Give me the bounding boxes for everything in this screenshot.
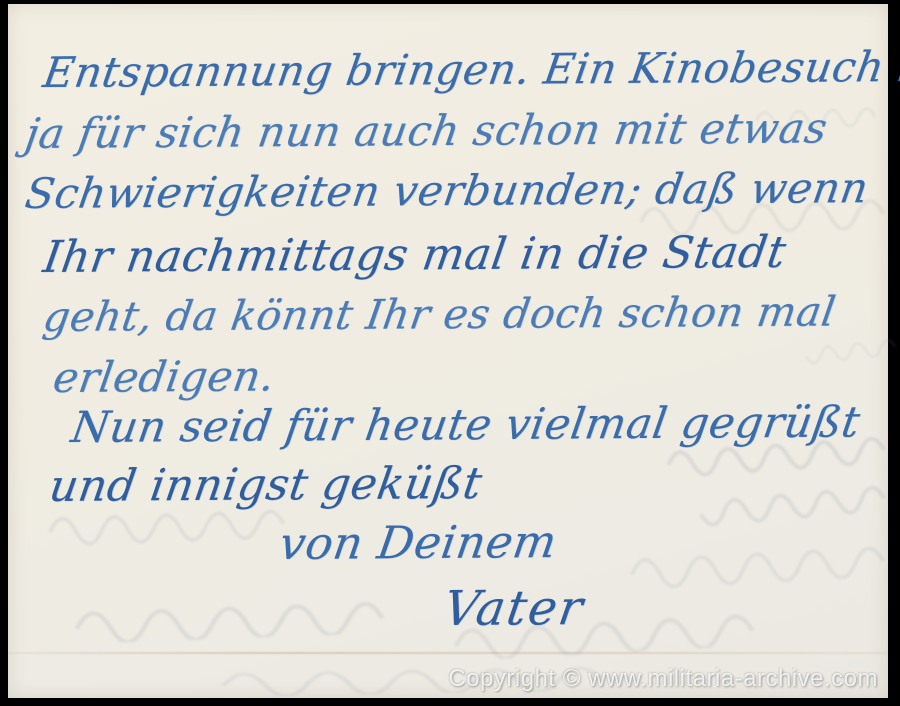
closing-line: von Deinem xyxy=(276,515,561,570)
letter-paper: Entspannung bringen. Ein Kinobesuch ist … xyxy=(8,4,888,698)
bleed-through-squiggle xyxy=(657,474,890,534)
copyright-watermark: Copyright © www.militaria-archive.com xyxy=(448,665,878,693)
letter-photo: Entspannung bringen. Ein Kinobesuch ist … xyxy=(0,0,900,706)
handwriting-line: Entspannung bringen. Ein Kinobesuch ist xyxy=(40,42,900,97)
handwriting-line: ja für sich nun auch schon mit etwas xyxy=(22,103,831,158)
signature-name: Vater xyxy=(440,580,588,637)
handwriting-line: erledigen. xyxy=(50,351,278,402)
crease-line xyxy=(8,652,888,654)
handwriting-line: Nun seid für heute vielmal gegrüßt xyxy=(68,398,863,453)
bleed-through-squiggle xyxy=(47,593,388,645)
bleed-through-squiggle xyxy=(607,537,889,592)
handwriting-line: Schwierigkeiten verbunden; daß wenn xyxy=(22,163,872,218)
handwriting-line: und innigst geküßt xyxy=(46,458,486,512)
handwriting-line: Ihr nachmittags mal in die Stadt xyxy=(40,227,790,283)
handwriting-line: geht, da könnt Ihr es doch schon mal xyxy=(40,287,839,341)
